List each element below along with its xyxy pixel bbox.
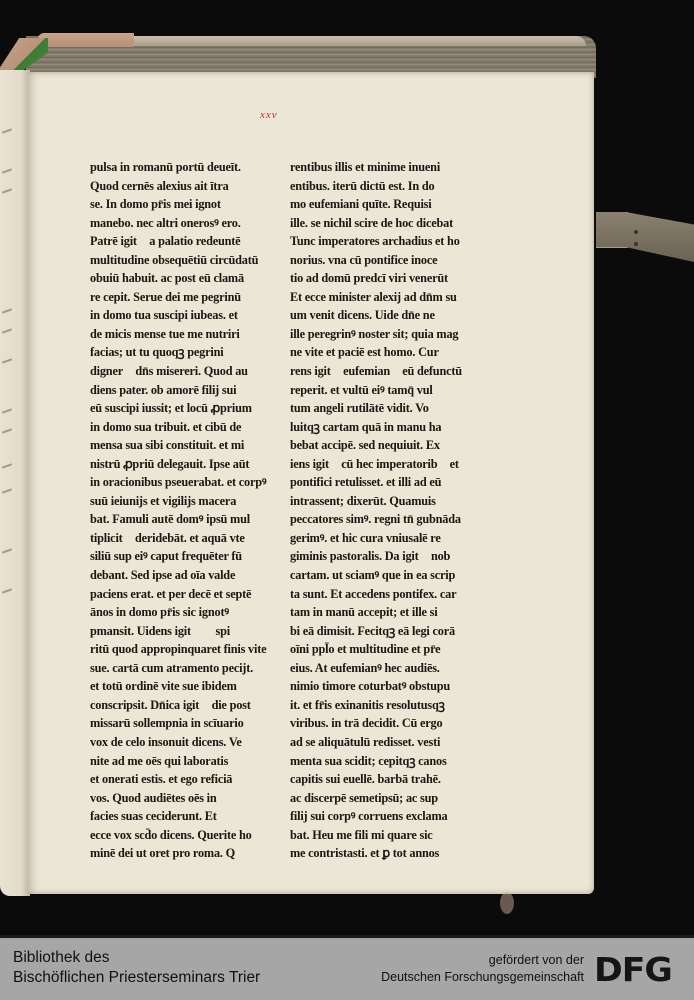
text-line: ac discerpē semetipsū; ac sup <box>290 789 490 808</box>
text-line: tio ad domū predcī viri venerūt <box>290 269 490 288</box>
library-line-2: Bischöflichen Priesterseminars Trier <box>13 968 260 988</box>
text-line: vos. Quod audiētes oēs in <box>90 789 290 808</box>
parchment-stain <box>500 892 514 914</box>
text-line: pmansit. Uidens igit᷑ ꝑ spi <box>90 622 290 641</box>
manuscript-folio: xxv pulsa in romanū portū deueīt.Quod ce… <box>28 72 594 894</box>
funding-line-1: gefördert von der <box>381 952 584 969</box>
text-line: nistrū ꝓpriū delegauit. Ipse aūt <box>90 455 290 474</box>
text-line: rens igit᷑ eufemianꝰ eū defunctū <box>290 362 490 381</box>
text-line: cartam. ut sciamꝰ que in ea scrip <box>290 566 490 585</box>
text-line: multitudine obsequētiū circūdatū <box>90 251 290 270</box>
manuscript-viewer: xxv pulsa in romanū portū deueīt.Quod ce… <box>0 0 694 935</box>
text-line: vox de celo insonuit dicens. Ve <box>90 733 290 752</box>
text-line: Et ecce minister alexij ad dn̄m su <box>290 288 490 307</box>
text-line: nimio timore coturbatꝰ obstupu <box>290 677 490 696</box>
dfg-logo: DFG <box>594 952 672 988</box>
text-line: um venit dicens. Uide dn̄e ne <box>290 306 490 325</box>
text-line: me contristasti. et ꝑ tot annos <box>290 844 490 863</box>
text-line: menta sua scidit; cepitqꝫ canos <box>290 752 490 771</box>
text-line: tam in manū accepit; et ille si <box>290 603 490 622</box>
library-name: Bibliothek des Bischöflichen Priestersem… <box>13 948 260 988</box>
text-line: filij sui corpꝰ corruens exclama <box>290 807 490 826</box>
text-line: siliū sup eiꝰ caput frequēter fū <box>90 547 290 566</box>
text-line: intrassent; dixerūt. Quamuis <box>290 492 490 511</box>
text-line: oīni ppl̄o et multitudine et pr̄e <box>290 640 490 659</box>
text-line: de micis mense tue me nutriri <box>90 325 290 344</box>
text-line: Tunc imperatores archadius et ho <box>290 232 490 251</box>
text-line: tum angeli rutilātē vidit. Vo <box>290 399 490 418</box>
text-line: facias; ut tu quoqꝫ pegrini <box>90 343 290 362</box>
text-line: suū ieiunijs et vigilijs macera <box>90 492 290 511</box>
text-line: manebo. nec altri onerosꝰ ero. <box>90 214 290 233</box>
text-line: bi eā dimisit. Fecitqꝫ eā legi corā <box>290 622 490 641</box>
text-line: pulsa in romanū portū deueīt. <box>90 158 290 177</box>
text-line: diens pater. ob amorē filij sui <box>90 381 290 400</box>
text-line: nite ad me oēs qui laboratis <box>90 752 290 771</box>
text-line: bat. Heu me fili mi quare sic <box>290 826 490 845</box>
text-line: giminis pastoralis. Da igit᷑ nob <box>290 547 490 566</box>
text-line: mensa sua sibi constituit. et mi <box>90 436 290 455</box>
text-line: in domo sua tribuit. et cibū de <box>90 418 290 437</box>
text-line: in oracionibus pseuerabat. et corpꝰ <box>90 473 290 492</box>
rivet-icon <box>634 230 638 234</box>
text-line: gerimꝰ. et hic cura vniusalē re <box>290 529 490 548</box>
text-line: eius. At eufemianꝰ hec audiēs. <box>290 659 490 678</box>
text-line: mo eufemiani quīte. Requisi <box>290 195 490 214</box>
funding-line-2: Deutschen Forschungsgemeinschaft <box>381 969 584 986</box>
page-edge-strip <box>126 36 586 46</box>
text-line: Patrē igit᷑ a palatio redeuntē <box>90 232 290 251</box>
text-line: sue. cartā cum atramento pecijt. <box>90 659 290 678</box>
text-line: luitqꝫ cartam quā in manu ha <box>290 418 490 437</box>
text-line: Quod cernēs alexius ait ītra <box>90 177 290 196</box>
folio-number: xxv <box>260 109 278 121</box>
text-line: eū suscipi iussit; et locū ꝓprium <box>90 399 290 418</box>
text-line: obuiū habuit. ac post eū clamā <box>90 269 290 288</box>
text-line: peccatores simꝰ. regni tn̄ gubnāda <box>290 510 490 529</box>
text-line: reperit. et vultū eiꝰ tamq̄ vul <box>290 381 490 400</box>
funding-credit: gefördert von der Deutschen Forschungsge… <box>381 952 584 986</box>
text-line: entibus. iterū dictū est. In do <box>290 177 490 196</box>
text-line: ne vite et paciē est homo. Cur <box>290 343 490 362</box>
text-line: paciens erat. et per decē et septē <box>90 585 290 604</box>
text-line: viribus. in trā decidit. Cū ergo <box>290 714 490 733</box>
text-line: ānos in domo pr̄is sic ignotꝰ <box>90 603 290 622</box>
leather-bookmark-tab <box>596 212 694 262</box>
text-column-left: pulsa in romanū portū deueīt.Quod cernēs… <box>90 158 290 863</box>
rivet-icon <box>634 242 638 246</box>
text-line: ille peregrinꝰ noster sit; quia mag <box>290 325 490 344</box>
text-line: in domo tua suscipi iubeas. et <box>90 306 290 325</box>
text-line: capitis sui euellē. barbā trahē. <box>290 770 490 789</box>
text-line: ille. se nichil scire de hoc dicebat <box>290 214 490 233</box>
text-line: facies suas ceciderunt. Et <box>90 807 290 826</box>
left-facing-page <box>0 70 30 896</box>
text-line: re cepit. Serue dei me pegrinū <box>90 288 290 307</box>
text-line: it. et fr̄is exinanitis resolutusqꝫ <box>290 696 490 715</box>
binding-strip <box>38 33 134 47</box>
library-line-1: Bibliothek des <box>13 948 260 968</box>
text-line: bat. Famuli autē domꝰ ipsū mul <box>90 510 290 529</box>
text-line: conscripsit. Dn̄ica igit᷑ die post <box>90 696 290 715</box>
text-line: missarū sollempnia in scīuario <box>90 714 290 733</box>
text-column-right: rentibus illis et minime inuenientibus. … <box>290 158 490 863</box>
text-line: rentibus illis et minime inueni <box>290 158 490 177</box>
text-line: bebat accipē. sed nequiuit. Ex <box>290 436 490 455</box>
text-line: et totū ordinē vite sue ibidem <box>90 677 290 696</box>
text-line: ad se aliquātulū redisset. vesti <box>290 733 490 752</box>
text-line: tiplicit᷑ deridebāt. et aquā vte <box>90 529 290 548</box>
text-line: iens igit᷑ cū hec imperatoribꝰ et <box>290 455 490 474</box>
text-line: pontifici retulisset. et illi ad eū <box>290 473 490 492</box>
text-line: ta sunt. Et accedens pontifex. car <box>290 585 490 604</box>
text-line: norius. vna cū pontifice inoce <box>290 251 490 270</box>
text-line: debant. Sed ipse ad oīa valde <box>90 566 290 585</box>
text-line: minē dei ut oret pro roma. Q <box>90 844 290 863</box>
text-line: ritū quod appropinquaret finis vite <box>90 640 290 659</box>
left-page-marginal-marks <box>0 70 20 896</box>
text-line: digner᷑ dn̄s misereri. Quod au <box>90 362 290 381</box>
text-line: ecce vox scd̄o dicens. Querite ho <box>90 826 290 845</box>
text-line: et onerati estis. et ego reficiā <box>90 770 290 789</box>
footer-bar: Bibliothek des Bischöflichen Priestersem… <box>0 935 694 1000</box>
text-line: se. In domo pr̄is mei ignot᷑ <box>90 195 290 214</box>
